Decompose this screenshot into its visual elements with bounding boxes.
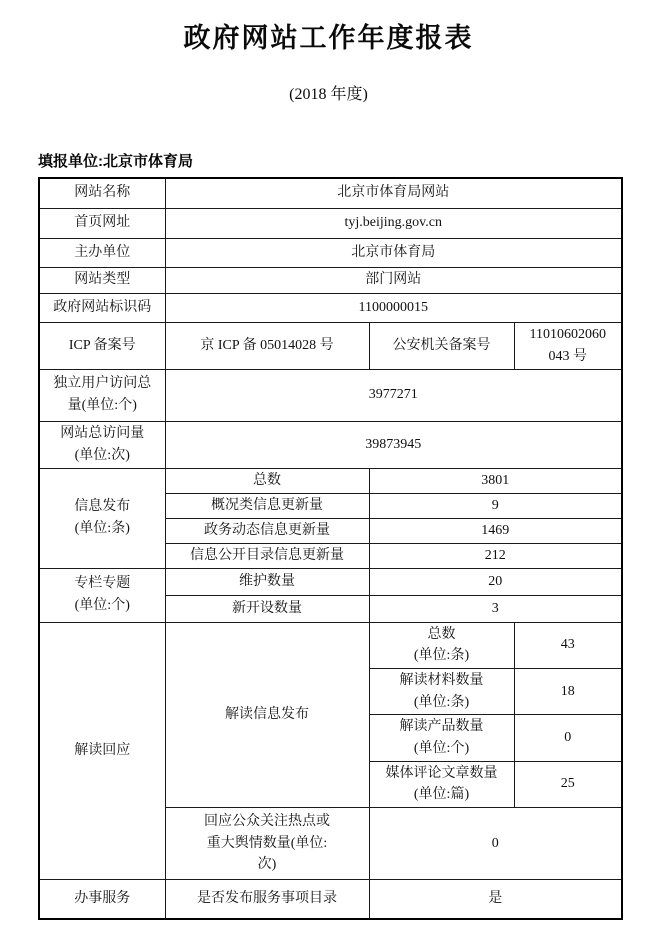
unique-visitors-value: 3977271 <box>165 369 622 421</box>
interpret-item-label: 总数 (单位:条) <box>369 622 514 668</box>
unique-visitors-label: 独立用户访问总 量(单位:个) <box>39 369 165 421</box>
hotspot-response-value: 0 <box>369 808 622 880</box>
info-release-group-label: 信息发布 (单位:条) <box>39 468 165 568</box>
columns-topics-item-label: 新开设数量 <box>165 595 369 622</box>
filing-unit: 填报单位:北京市体育局 <box>38 150 657 171</box>
table-row: 信息发布 (单位:条) 总数 3801 <box>39 468 622 493</box>
interpret-item-value: 43 <box>514 622 622 668</box>
interpret-item-label: 解读产品数量 (单位:个) <box>369 715 514 761</box>
columns-topics-item-label: 维护数量 <box>165 568 369 595</box>
site-type-label: 网站类型 <box>39 267 165 293</box>
table-row: 网站类型 部门网站 <box>39 267 622 293</box>
annual-report-table: 网站名称 北京市体育局网站 首页网址 tyj.beijing.gov.cn 主办… <box>38 177 623 920</box>
table-row: 网站名称 北京市体育局网站 <box>39 178 622 208</box>
table-row: 政府网站标识码 1100000015 <box>39 293 622 322</box>
table-row: 首页网址 tyj.beijing.gov.cn <box>39 208 622 238</box>
info-release-item-label: 信息公开目录信息更新量 <box>165 543 369 568</box>
site-code-label: 政府网站标识码 <box>39 293 165 322</box>
info-release-item-value: 3801 <box>369 468 622 493</box>
interpret-response-group-label: 解读回应 <box>39 622 165 880</box>
columns-topics-group-label: 专栏专题 (单位:个) <box>39 568 165 622</box>
interpret-info-publish-label: 解读信息发布 <box>165 622 369 808</box>
site-code-value: 1100000015 <box>165 293 622 322</box>
page-title: 政府网站工作年度报表 <box>0 0 657 55</box>
police-filing-value: 11010602060 043 号 <box>514 322 622 369</box>
info-release-item-label: 概况类信息更新量 <box>165 493 369 518</box>
table-row: 专栏专题 (单位:个) 维护数量 20 <box>39 568 622 595</box>
site-type-value: 部门网站 <box>165 267 622 293</box>
total-visits-value: 39873945 <box>165 421 622 468</box>
police-filing-label: 公安机关备案号 <box>369 322 514 369</box>
home-url-value: tyj.beijing.gov.cn <box>165 208 622 238</box>
interpret-item-value: 0 <box>514 715 622 761</box>
info-release-item-value: 212 <box>369 543 622 568</box>
report-year: (2018 年度) <box>0 81 657 104</box>
info-release-item-value: 9 <box>369 493 622 518</box>
icp-value: 京 ICP 备 05014028 号 <box>165 322 369 369</box>
site-name-value: 北京市体育局网站 <box>165 178 622 208</box>
info-release-item-label: 政务动态信息更新量 <box>165 518 369 543</box>
service-item-value: 是 <box>369 880 622 919</box>
organizer-label: 主办单位 <box>39 238 165 267</box>
report-page: 政府网站工作年度报表 (2018 年度) 填报单位:北京市体育局 网站名称 北京… <box>0 0 657 925</box>
interpret-item-label: 媒体评论文章数量 (单位:篇) <box>369 761 514 807</box>
total-visits-label: 网站总访问量 (单位:次) <box>39 421 165 468</box>
columns-topics-item-value: 20 <box>369 568 622 595</box>
interpret-item-label: 解读材料数量 (单位:条) <box>369 668 514 714</box>
site-name-label: 网站名称 <box>39 178 165 208</box>
interpret-item-value: 18 <box>514 668 622 714</box>
table-row: 办事服务 是否发布服务事项目录 是 <box>39 880 622 919</box>
table-row: 解读回应 解读信息发布 总数 (单位:条) 43 <box>39 622 622 668</box>
home-url-label: 首页网址 <box>39 208 165 238</box>
table-row: 网站总访问量 (单位:次) 39873945 <box>39 421 622 468</box>
table-row: 独立用户访问总 量(单位:个) 3977271 <box>39 369 622 421</box>
table-row: ICP 备案号 京 ICP 备 05014028 号 公安机关备案号 11010… <box>39 322 622 369</box>
info-release-item-value: 1469 <box>369 518 622 543</box>
info-release-item-label: 总数 <box>165 468 369 493</box>
organizer-value: 北京市体育局 <box>165 238 622 267</box>
icp-label: ICP 备案号 <box>39 322 165 369</box>
table-row: 主办单位 北京市体育局 <box>39 238 622 267</box>
interpret-item-value: 25 <box>514 761 622 807</box>
service-item-label: 是否发布服务事项目录 <box>165 880 369 919</box>
columns-topics-item-value: 3 <box>369 595 622 622</box>
hotspot-response-label: 回应公众关注热点或 重大舆情数量(单位: 次) <box>165 808 369 880</box>
service-group-label: 办事服务 <box>39 880 165 919</box>
